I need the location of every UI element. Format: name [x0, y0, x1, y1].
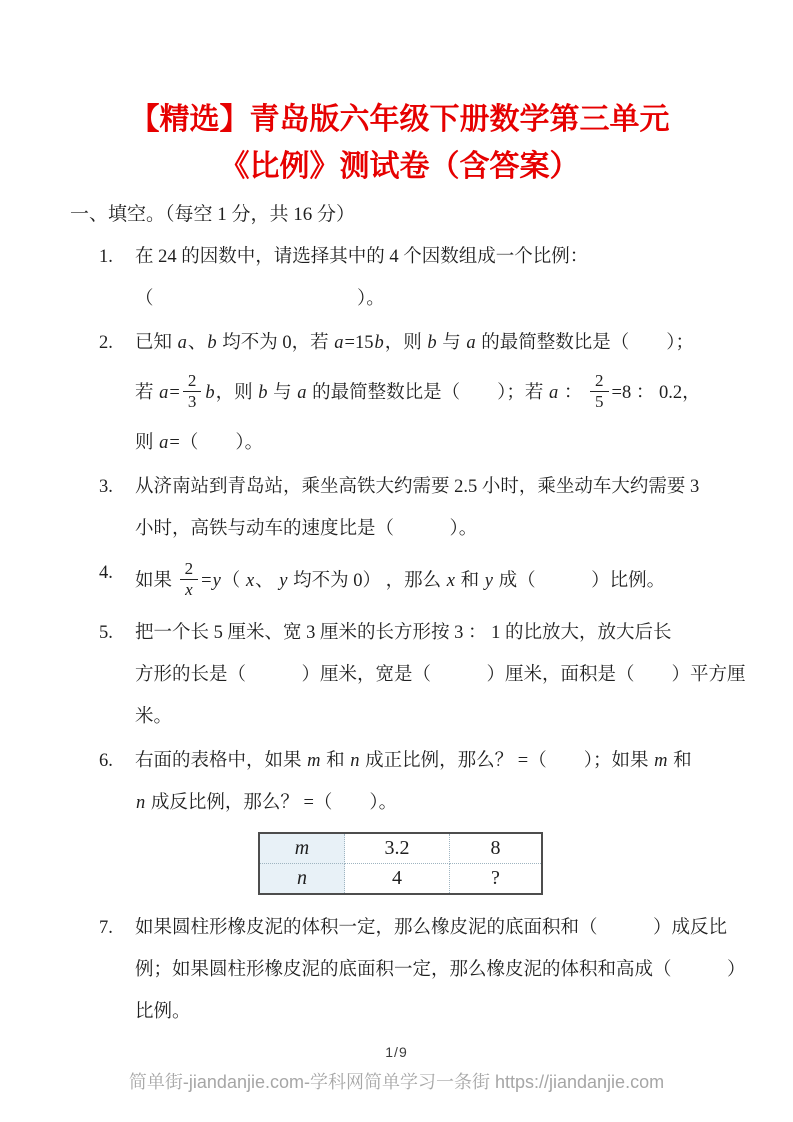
question-text-line: 已知 a、b 均不为 0，若 a=15b，则 b 与 a 的最简整数比是（ ）； — [135, 322, 729, 364]
question-text-line: 如果 2x=y（ x、 y 均不为 0） ，那么 x 和 y 成（ ）比例。 — [135, 552, 729, 610]
question-6: 6. 右面的表格中，如果 m 和 n 成正比例，那么？ =（ ）；如果 m 和 … — [70, 740, 729, 824]
question-body: 如果 2x=y（ x、 y 均不为 0） ，那么 x 和 y 成（ ）比例。 — [135, 552, 729, 610]
question-2: 2. 已知 a、b 均不为 0，若 a=15b，则 b 与 a 的最简整数比是（… — [70, 322, 729, 464]
proportion-table: m 3.2 8 n 4 ? — [258, 832, 543, 895]
question-body: 右面的表格中，如果 m 和 n 成正比例，那么？ =（ ）；如果 m 和 n 成… — [135, 740, 729, 824]
question-text-line: 如果圆柱形橡皮泥的体积一定，那么橡皮泥的底面积和（ ）成反比 — [135, 907, 746, 949]
question-3: 3. 从济南站到青岛站，乘坐高铁大约需要 2.5 小时，乘坐动车大约需要 3 小… — [70, 466, 729, 550]
question-number: 1. — [70, 236, 135, 320]
document-content: 【精选】青岛版六年级下册数学第三单元 《比例》测试卷（含答案） 一、填空。（每空… — [0, 0, 793, 1033]
question-body: 把一个长 5 厘米、宽 3 厘米的长方形按 3 ： 1 的比放大，放大后长 方形… — [135, 612, 746, 738]
table-cell-m2: 8 — [450, 833, 543, 864]
question-text-line: 若 a=23b，则 b 与 a 的最简整数比是（ ）；若 a ： 25=8 ： … — [135, 364, 729, 422]
document-page: 【精选】青岛版六年级下册数学第三单元 《比例》测试卷（含答案） 一、填空。（每空… — [0, 0, 793, 1122]
question-body: 在 24 的因数中，请选择其中的 4 个因数组成一个比例： （ ）。 — [135, 236, 729, 320]
title-line-1: 【精选】青岛版六年级下册数学第三单元 — [70, 96, 729, 143]
table-header-n: n — [259, 864, 345, 895]
question-number: 7. — [70, 907, 135, 1033]
question-number: 4. — [70, 552, 135, 610]
answer-blank-line: （ ）。 — [135, 278, 729, 320]
question-text-line: 在 24 的因数中，请选择其中的 4 个因数组成一个比例： — [135, 236, 729, 278]
question-body: 如果圆柱形橡皮泥的体积一定，那么橡皮泥的底面积和（ ）成反比 例；如果圆柱形橡皮… — [135, 907, 746, 1033]
question-body: 从济南站到青岛站，乘坐高铁大约需要 2.5 小时，乘坐动车大约需要 3 小时，高… — [135, 466, 729, 550]
question-number: 6. — [70, 740, 135, 824]
table-row-m: m 3.2 8 — [259, 833, 542, 864]
question-text-line: 小时，高铁与动车的速度比是（ ）。 — [135, 508, 729, 550]
question-text-line: 例；如果圆柱形橡皮泥的底面积一定，那么橡皮泥的体积和高成（ ） — [135, 949, 746, 991]
table-cell-n1: 4 — [345, 864, 450, 895]
question-body: 已知 a、b 均不为 0，若 a=15b，则 b 与 a 的最简整数比是（ ）；… — [135, 322, 729, 464]
section-heading: 一、填空。（每空 1 分，共 16 分） — [70, 200, 729, 230]
question-text-line: 右面的表格中，如果 m 和 n 成正比例，那么？ =（ ）；如果 m 和 — [135, 740, 729, 782]
title-line-2: 《比例》测试卷（含答案） — [70, 143, 729, 190]
question-text-line: 比例。 — [135, 991, 746, 1033]
question-text-line: 把一个长 5 厘米、宽 3 厘米的长方形按 3 ： 1 的比放大，放大后长 — [135, 612, 746, 654]
question-number: 5. — [70, 612, 135, 738]
question-number: 2. — [70, 322, 135, 464]
question-number: 3. — [70, 466, 135, 550]
footer-watermark: 简单街-jiandanjie.com-学科网简单学习一条街 https://ji… — [0, 1068, 793, 1094]
table-header-m: m — [259, 833, 345, 864]
question-text-line: 方形的长是（ ）厘米，宽是（ ）厘米，面积是（ ）平方厘 — [135, 654, 746, 696]
question-text-line: n 成反比例，那么？ =（ ）。 — [135, 782, 729, 824]
table-cell-m1: 3.2 — [345, 833, 450, 864]
table-row-n: n 4 ? — [259, 864, 542, 895]
question-text-line: 则 a=（ ）。 — [135, 422, 729, 464]
question-4: 4. 如果 2x=y（ x、 y 均不为 0） ，那么 x 和 y 成（ ）比例… — [70, 552, 729, 610]
table-cell-n2: ? — [450, 864, 543, 895]
document-title: 【精选】青岛版六年级下册数学第三单元 《比例》测试卷（含答案） — [70, 96, 729, 190]
page-number: 1/9 — [0, 1044, 793, 1060]
question-5: 5. 把一个长 5 厘米、宽 3 厘米的长方形按 3 ： 1 的比放大，放大后长… — [70, 612, 729, 738]
question-text-line: 从济南站到青岛站，乘坐高铁大约需要 2.5 小时，乘坐动车大约需要 3 — [135, 466, 729, 508]
question-1: 1. 在 24 的因数中，请选择其中的 4 个因数组成一个比例： （ ）。 — [70, 236, 729, 320]
question-text-line: 米。 — [135, 696, 746, 738]
question-7: 7. 如果圆柱形橡皮泥的体积一定，那么橡皮泥的底面积和（ ）成反比 例；如果圆柱… — [70, 907, 729, 1033]
